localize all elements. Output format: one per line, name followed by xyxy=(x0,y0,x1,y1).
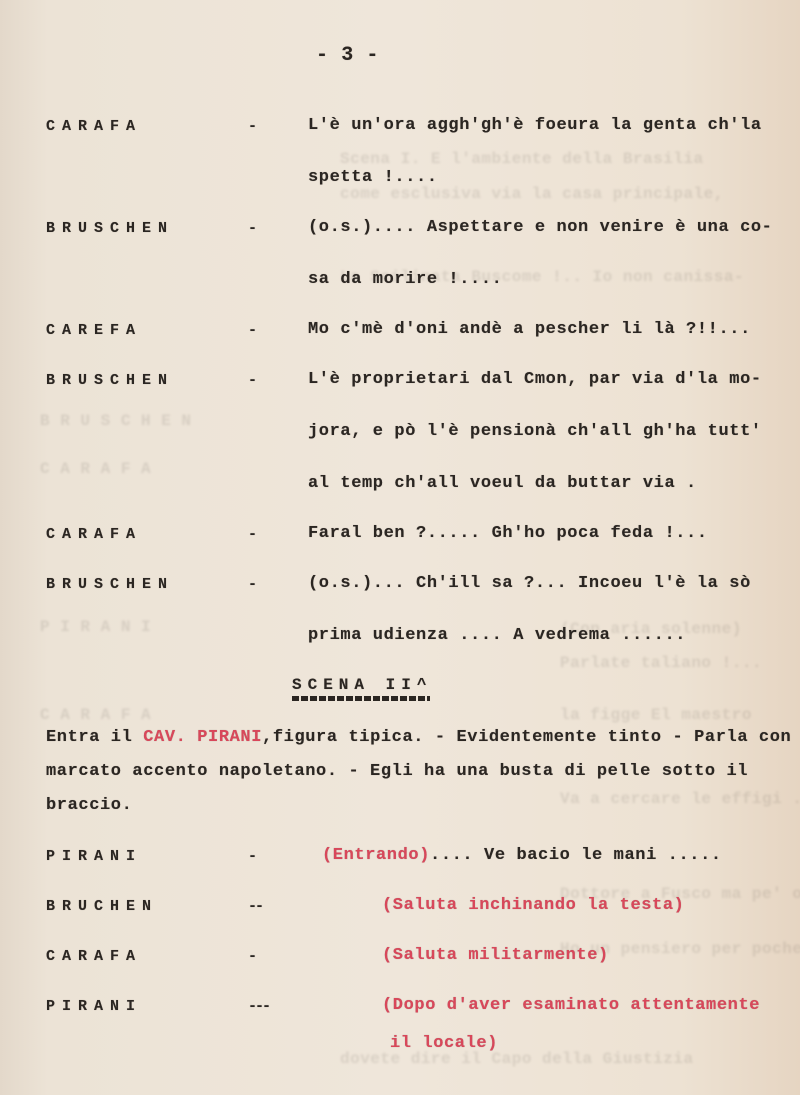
speaker-name: CAREFA xyxy=(46,322,142,339)
dash: - xyxy=(248,372,255,389)
dialogue-line: L'è un'ora aggh'gh'è foeura la genta ch'… xyxy=(308,116,762,135)
dialogue-line: jora, e pò l'è pensionà ch'all gh'ha tut… xyxy=(308,422,762,441)
speaker-name: CARAFA xyxy=(46,526,142,543)
dialogue-line: (o.s.).... Aspettare e non venire è una … xyxy=(308,218,772,237)
dash: - xyxy=(248,118,255,135)
speaker-name: BRUSCHEN xyxy=(46,372,174,389)
bleed-through-text: la figge El maestro xyxy=(560,706,752,724)
stage-cue-red: (Dopo d'aver esaminato attentamente xyxy=(382,996,760,1015)
stage-direction-line: Entra il CAV. PIRANI,figura tipica. - Ev… xyxy=(46,728,791,747)
dialogue-line: sa da morire !.... xyxy=(308,270,502,289)
dialogue-line: (Entrando).... Ve bacio le mani ..... xyxy=(322,846,722,865)
speaker-name: CARAFA xyxy=(46,118,142,135)
dash: - xyxy=(248,322,255,339)
character-name-red: CAV. PIRANI xyxy=(143,728,262,747)
scene-title: SCENA II^ xyxy=(292,676,432,694)
dash: - xyxy=(248,848,255,865)
scene-underline xyxy=(292,696,430,701)
stage-direction-line: braccio. xyxy=(46,796,132,815)
dash: - xyxy=(248,526,255,543)
dialogue-line: L'è proprietari dal Cmon, par via d'la m… xyxy=(308,370,762,389)
dialogue-line: prima udienza .... A vedrema ...... xyxy=(308,626,686,645)
speaker-name: PIRANI xyxy=(46,998,142,1015)
stage-direction-line: marcato accento napoletano. - Egli ha un… xyxy=(46,762,748,781)
bleed-through-text: C A R A F A xyxy=(40,706,151,724)
dialogue-text: .... Ve bacio le mani ..... xyxy=(430,846,722,865)
bleed-through-text: Scena I. E l'ambiente della Brasilia xyxy=(340,150,704,168)
stage-text: ,figura tipica. - Evidentemente tinto - … xyxy=(262,728,791,747)
dialogue-line: al temp ch'all voeul da buttar via . xyxy=(308,474,697,493)
speaker-name: BRUCHEN xyxy=(46,898,158,915)
stage-cue-red: il locale) xyxy=(390,1034,498,1053)
bleed-through-text: Va a cercare le effigi .... xyxy=(560,790,800,808)
dash: -- xyxy=(248,898,262,915)
stage-cue-red: (Saluta militarmente) xyxy=(382,946,609,965)
dialogue-line: Faral ben ?..... Gh'ho poca feda !... xyxy=(308,524,708,543)
bleed-through-text: come esclusiva via la casa principale, xyxy=(340,185,724,203)
dash: - xyxy=(248,220,255,237)
typescript-page: Scena I. E l'ambiente della Brasilia com… xyxy=(0,0,800,1095)
bleed-through-text: B R U S C H E N xyxy=(40,412,192,430)
bleed-through-text: C A R A F A xyxy=(40,460,151,478)
dialogue-line: Mo c'mè d'oni andè a pescher li là ?!!..… xyxy=(308,320,751,339)
page-number: - 3 - xyxy=(316,44,379,67)
dash: - xyxy=(248,576,255,593)
stage-cue-red: (Saluta inchinando la testa) xyxy=(382,896,684,915)
speaker-name: BRUSCHEN xyxy=(46,576,174,593)
dash: --- xyxy=(248,998,269,1015)
dash: - xyxy=(248,948,255,965)
stage-cue-red: (Entrando) xyxy=(322,846,430,865)
stage-text: Entra il xyxy=(46,728,143,747)
speaker-name: CARAFA xyxy=(46,948,142,965)
speaker-name: BRUSCHEN xyxy=(46,220,174,237)
dialogue-line: spetta !.... xyxy=(308,168,438,187)
bleed-through-text: Parlate taliano !... xyxy=(560,654,762,672)
speaker-name: PIRANI xyxy=(46,848,142,865)
bleed-through-text: P I R A N I xyxy=(40,618,151,636)
dialogue-line: (o.s.)... Ch'ill sa ?... Incoeu l'è la s… xyxy=(308,574,751,593)
